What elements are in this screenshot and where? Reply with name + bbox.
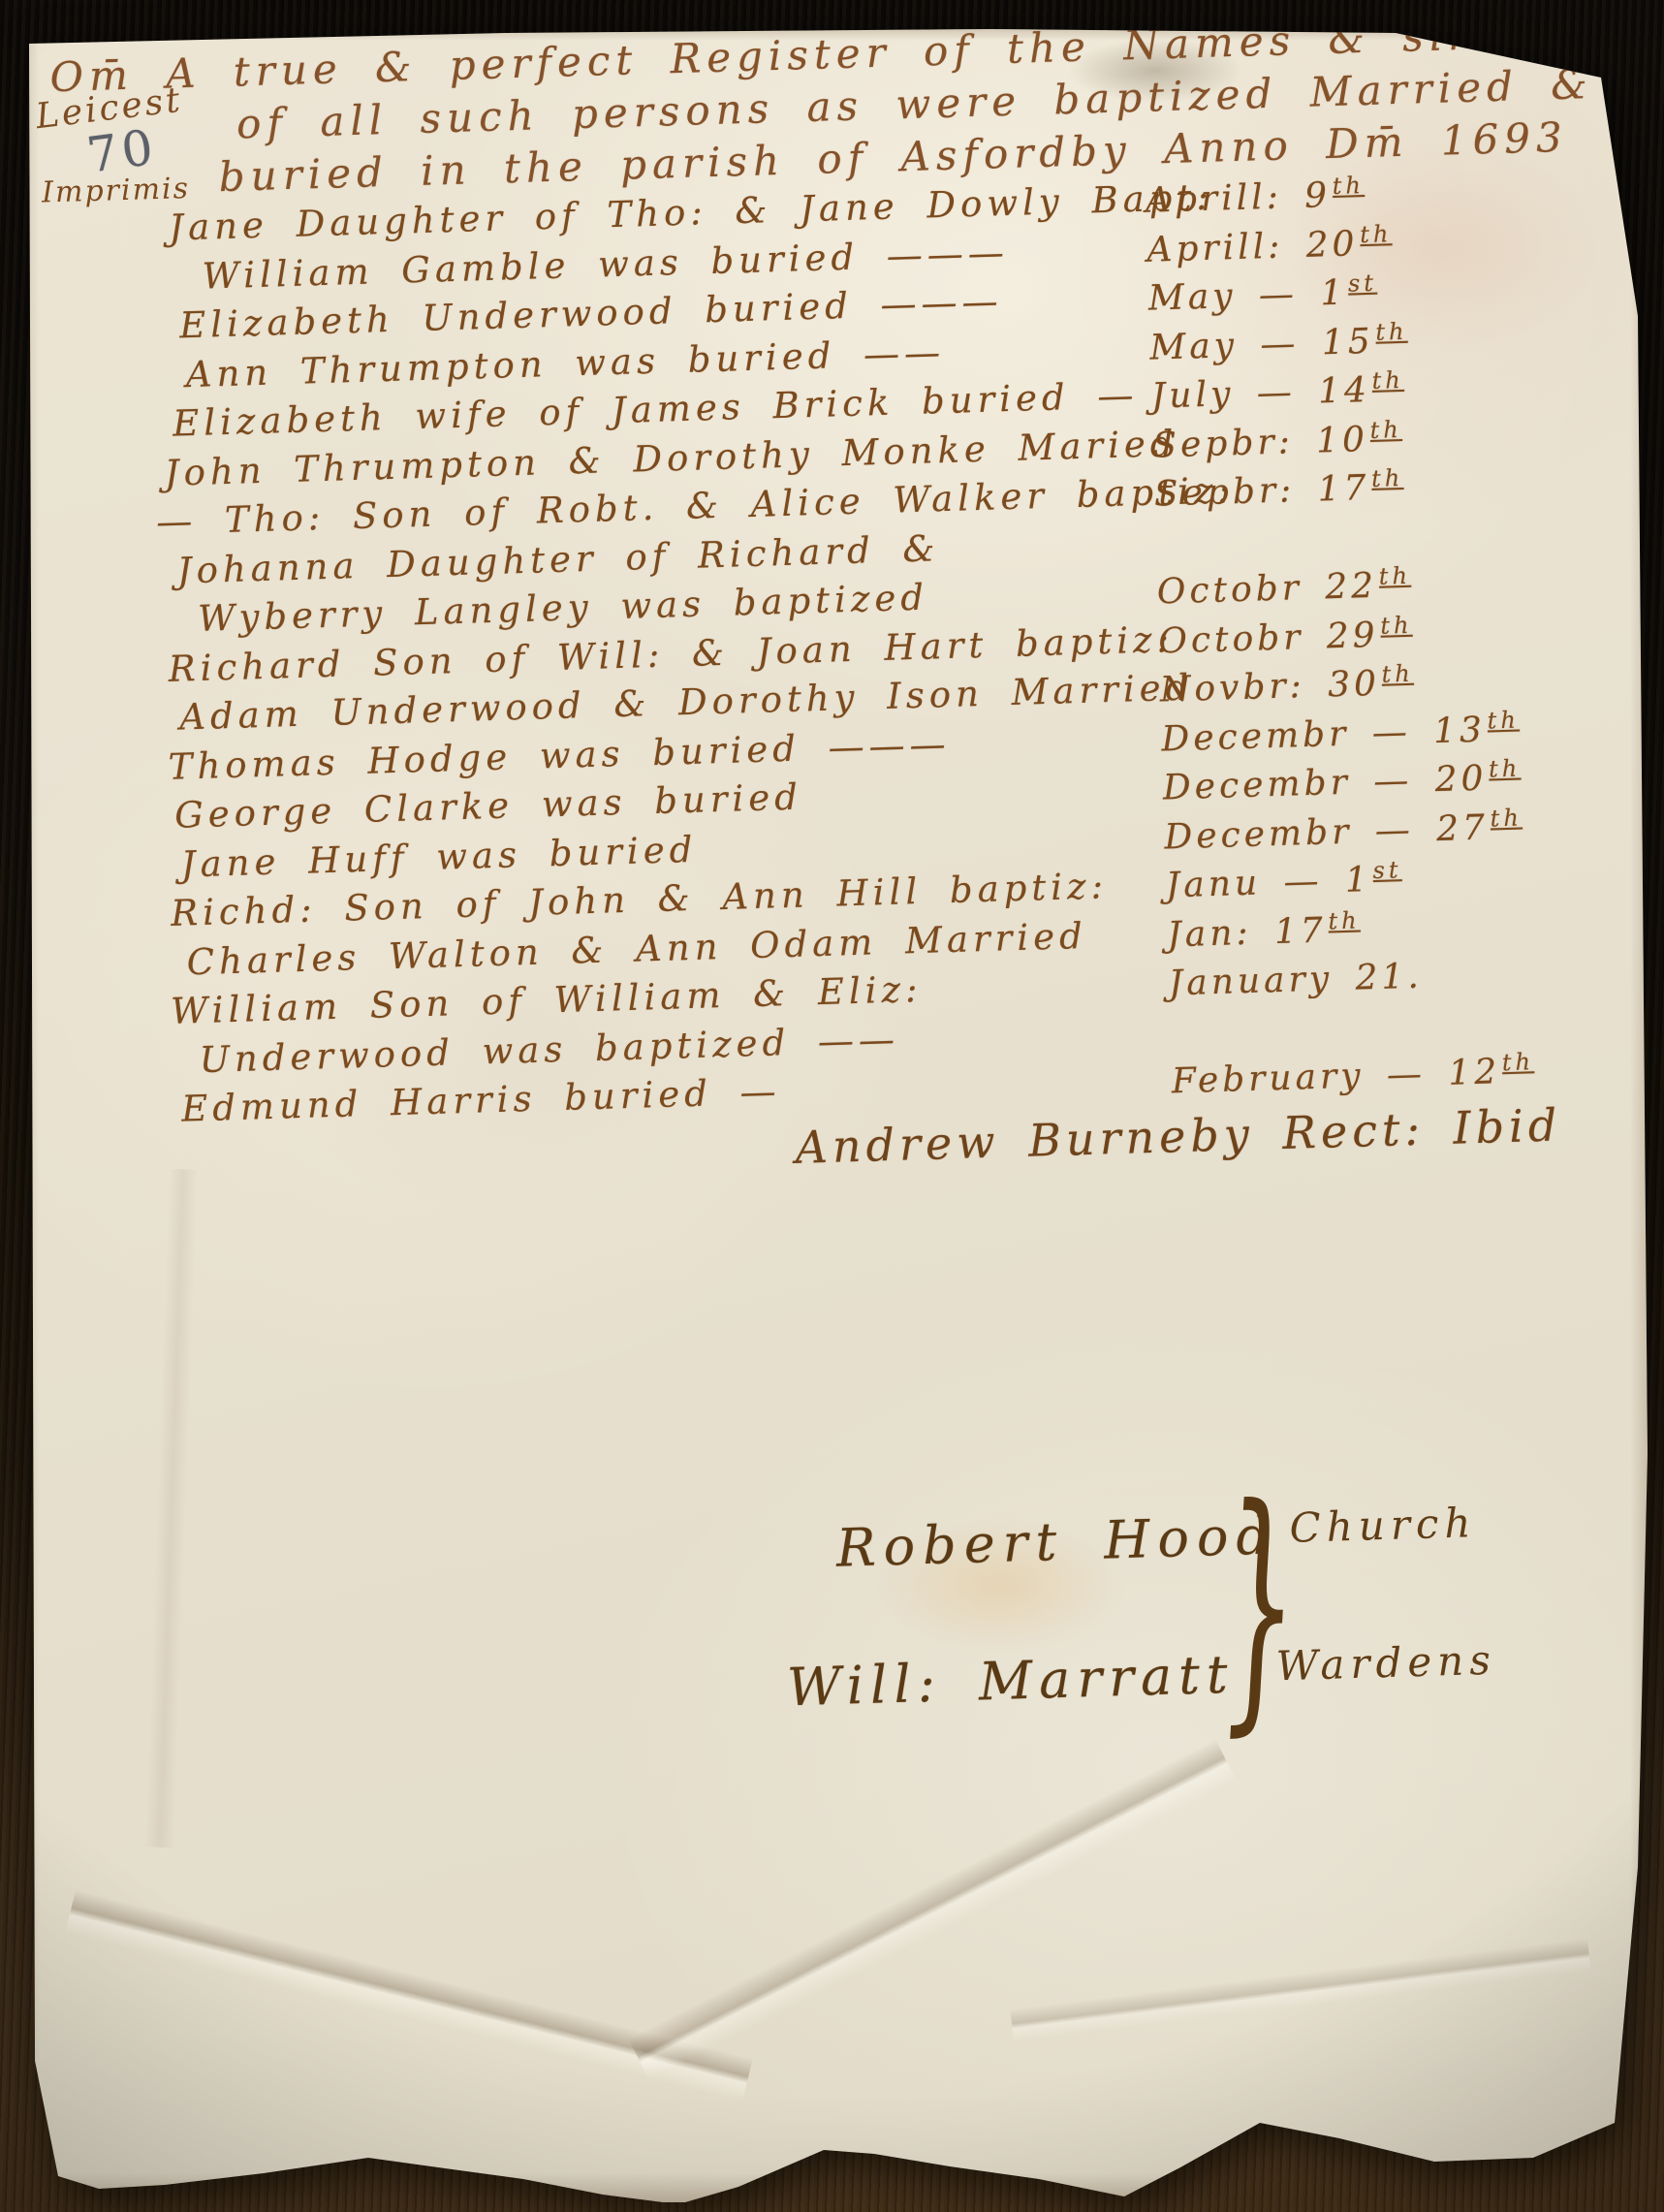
entry-date-ordinal: th: [1490, 804, 1523, 832]
entry-date-value: [1170, 1013, 1171, 1053]
entry-date-value: February — 12: [1171, 1052, 1501, 1101]
entry-date-value: May — 1: [1147, 273, 1347, 319]
entry-date-ordinal: th: [1375, 317, 1408, 345]
entry-date-ordinal: th: [1489, 755, 1522, 783]
entry-date-value: Aprill: 9: [1145, 175, 1331, 221]
entry-date-ordinal: th: [1371, 464, 1404, 492]
entry-date-ordinal: th: [1501, 1048, 1534, 1076]
church-wardens-label-top: Church: [1289, 1499, 1477, 1552]
entry-date: Aprill: 9th: [1145, 167, 1543, 221]
imprimis-label: Imprimis: [42, 172, 191, 210]
entry-date-value: Decembr — 27: [1164, 807, 1490, 857]
entry-date-ordinal: th: [1328, 906, 1361, 934]
entry-date-ordinal: th: [1380, 611, 1413, 639]
entry-date-value: Decembr — 20: [1162, 759, 1488, 808]
parchment-sheet: Om̄ A true & perfect Register of the Nam…: [21, 25, 1649, 2202]
entry-date-ordinal: th: [1487, 706, 1520, 734]
manuscript-text-layer: Om̄ A true & perfect Register of the Nam…: [16, 0, 1664, 2205]
entry-date-value: Sepbr: 10: [1152, 420, 1369, 466]
entry-date-value: Novbr: 30: [1159, 664, 1380, 711]
entry-date-ordinal: th: [1360, 220, 1393, 248]
parchment-sheet-wrap: Om̄ A true & perfect Register of the Nam…: [21, 25, 1649, 2202]
entry-date-value: May — 15: [1149, 321, 1374, 367]
entry-date-ordinal: th: [1371, 366, 1404, 395]
entry-date-ordinal: [1172, 1010, 1173, 1037]
entry-date-value: January 21.: [1168, 957, 1423, 1004]
entry-date-ordinal: [1424, 954, 1425, 981]
register-entries: Jane Daughter of Tho: & Jane Dowly Bapt:…: [147, 167, 1570, 1138]
entry-date-ordinal: th: [1381, 660, 1414, 688]
entry-date-ordinal: st: [1348, 269, 1378, 298]
entry-date-value: Octobr 29: [1158, 615, 1379, 661]
warden-signature-will-marratt: Will: Marratt: [786, 1644, 1235, 1719]
church-wardens-label-bottom: Wardens: [1275, 1636, 1496, 1691]
entry-date-ordinal: [1157, 521, 1158, 548]
entry-date-value: Octobr 22: [1156, 566, 1377, 613]
warden-signature-robert-hood: Robert Hood: [835, 1504, 1278, 1578]
entry-date-value: Aprill: 20: [1146, 224, 1359, 269]
entry-date-value: Janu — 1: [1165, 860, 1371, 905]
entry-date-ordinal: th: [1378, 562, 1411, 590]
entry-date-ordinal: st: [1372, 856, 1402, 884]
entry-date-value: July — 14: [1150, 370, 1370, 417]
entry-date-value: Jan: 17: [1167, 910, 1328, 955]
entry-date-value: Sepbr: 17: [1153, 468, 1370, 515]
entry-date-ordinal: th: [1332, 172, 1365, 200]
entry-date-ordinal: th: [1369, 415, 1402, 443]
entry-date-value: Decembr — 13: [1161, 710, 1487, 759]
entry-date-value: [1155, 523, 1156, 563]
